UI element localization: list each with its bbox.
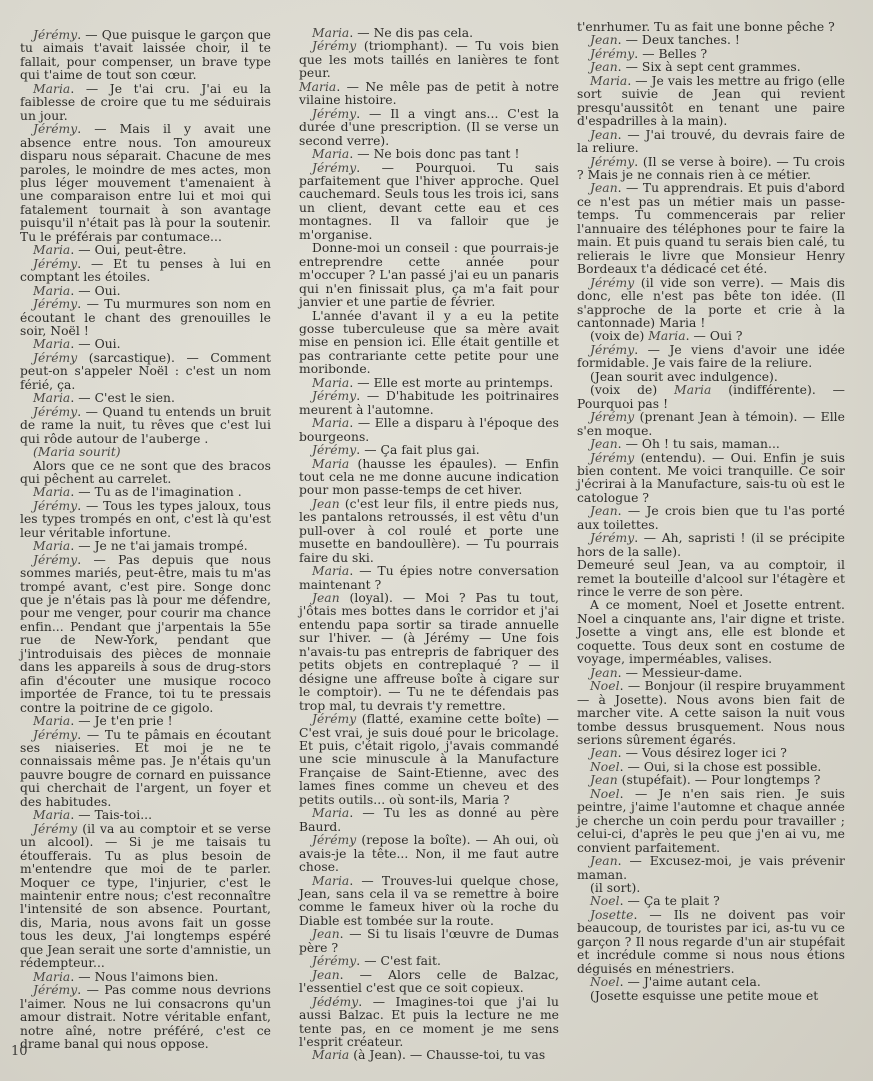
speaker-name: Maria [312,457,349,471]
text-column-1: Jérémy. — Que puisque le garçon que tu a… [20,29,271,1051]
dialogue-paragraph: Noel. — Ça te plait ? [577,895,845,908]
dialogue-paragraph: Jérémy. — Pas depuis que nous sommes mar… [20,554,271,715]
dialogue-paragraph: Jean. — Messieur-dame. [577,667,845,680]
dialogue-paragraph: Maria. — Ne dis pas cela. [299,27,559,40]
speaker-separator: . — [77,405,102,419]
dialogue-paragraph: Maria. — C'est le sien. [20,392,271,405]
speaker-separator: (il vide son verre). — [634,276,789,290]
speaker-separator: . — [349,376,373,390]
dialogue-text: Oui. [95,284,121,298]
dialogue-paragraph: Maria (hausse les épaules). — Enfin tout… [299,458,559,498]
dialogue-paragraph: Jean. — Je crois bien que tu l'as porté … [577,505,845,532]
dialogue-text: Ça te plait ? [644,894,720,908]
dialogue-text: Pourquoi pas ! [577,397,668,411]
dialogue-text: C'est le sien. [95,391,175,405]
speaker-separator: (à Jean). — [349,1048,426,1062]
speaker-separator: (stupéfait). — [618,773,711,787]
dialogue-paragraph: t'enrhumer. Tu as fait une bonne pêche ? [577,21,845,34]
speaker-separator: . — [70,714,94,728]
speaker-separator: . — [77,28,101,42]
dialogue-text: Oui, si la chose est possible. [644,760,822,774]
speaker-name: Maria [312,806,349,820]
speaker-name: Jérémy [33,499,77,513]
speaker-name: Jean [590,504,618,518]
dialogue-text: Elle est morte au printemps. [374,376,554,390]
speaker-name: Maria [590,74,627,88]
dialogue-paragraph: Demeuré seul Jean, va au comptoir, il re… [577,559,845,599]
speaker-separator: . — [356,107,390,121]
dialogue-text: Tu apprendrais. Et puis d'abord ce n'est… [577,181,845,276]
speaker-separator: . — [77,499,103,513]
dialogue-text: Oui. [95,337,121,351]
speaker-name: Maria [33,714,70,728]
dialogue-paragraph: Jérémy (prenant Jean à témoin). — Elle s… [577,411,845,438]
speaker-separator: . — [620,787,659,801]
dialogue-paragraph: (voix de) Maria. — Oui ? [577,330,845,343]
dialogue-paragraph: Jérémy. — Pourquoi. Tu sais parfaitement… [299,162,559,243]
dialogue-paragraph: Maria. — Elle est morte au printemps. [299,377,559,390]
speaker-name: Jérémy [33,822,77,836]
speaker-name: Maria [33,808,70,822]
dialogue-text: Belles ? [659,47,708,61]
dialogue-paragraph: Jean. — Alors celle de Balzac, l'essenti… [299,969,559,996]
dialogue-text: Je t'en prie ! [95,714,173,728]
dialogue-paragraph: Jérémy. — Ah, sapristi ! (il se précipit… [577,532,845,559]
dialogue-text: Six à sept cent grammes. [642,60,801,74]
speaker-name: Jérémy [312,833,356,847]
speaker-name: Jérémy [590,531,634,545]
dialogue-paragraph: Jean. — Vous désirez loger ici ? [577,747,845,760]
dialogue-paragraph: Jérémy. — Tu te pâmais en écoutant ses n… [20,729,271,810]
speaker-name: Jérémy [33,122,77,136]
dialogue-paragraph: (Josette esquisse une petite moue et [577,990,845,1003]
speaker-separator: . — [340,927,367,941]
speaker-name: Jérémy [33,728,77,742]
speaker-name: Maria [33,243,70,257]
dialogue-paragraph: Jean (stupéfait). — Pour longtemps ? [577,774,845,787]
speaker-separator: . — [634,531,661,545]
speaker-name: Maria [33,82,70,96]
speaker-name: Jean [590,666,618,680]
speaker-separator: . — [618,437,642,451]
dialogue-text: (Josette esquisse une petite moue et [590,989,818,1003]
magazine-page: Jérémy. — Que puisque le garçon que tu a… [0,0,873,1081]
speaker-separator: . — [70,485,94,499]
speaker-separator: . — [340,968,388,982]
speaker-name: Noel [590,975,620,989]
dialogue-text: Tais-toi... [95,808,153,822]
dialogue-paragraph: Jérémy. — Belles ? [577,48,845,61]
dialogue-paragraph: (Jean sourit avec indulgence). [577,371,845,384]
speaker-separator: . — [77,553,118,567]
dialogue-paragraph: Jérémy. — C'est fait. [299,955,559,968]
speaker-name: Jérémy [312,107,356,121]
page-number: 10 [11,1044,28,1059]
dialogue-paragraph: Jean. — Deux tanches. ! [577,34,845,47]
speaker-name: Noel [590,894,620,908]
speaker-separator: . — [618,504,647,518]
speaker-separator: . — [70,243,94,257]
dialogue-paragraph: Maria. — Elle a disparu à l'époque des b… [299,417,559,444]
dialogue-text: Tu as de l'imagination . [95,485,242,499]
dialogue-paragraph: Maria. — Tais-toi... [20,809,271,822]
dialogue-paragraph: Jérémy. — Je viens d'avoir une idée form… [577,344,845,371]
speaker-name: Maria [33,970,70,984]
dialogue-text: Ne dis pas cela. [374,26,474,40]
dialogue-text: Moi ? Pas tu tout, j'ôtais mes bottes da… [299,591,559,713]
speaker-name: Maria [312,874,349,888]
dialogue-text: Pas depuis que nous sommes mariés, peut-… [20,553,271,715]
dialogue-text: Donne-moi un conseil : que pourrais-je e… [299,241,559,309]
dialogue-paragraph: Maria. — Je t'ai cru. J'ai eu la faibles… [20,83,271,123]
text-column-3: t'enrhumer. Tu as fait une bonne pêche ?… [577,21,845,1003]
dialogue-paragraph: Jérémy. — Tous les types jaloux, tous le… [20,500,271,540]
dialogue-paragraph: Jean. — Oh ! tu sais, maman... [577,438,845,451]
speaker-separator: (loyal). — [340,591,425,605]
dialogue-paragraph: Jérémy (il vide son verre). — Mais dis d… [577,277,845,331]
dialogue-text: J'aime autant cela. [644,975,761,989]
dialogue-paragraph: Noel. — Oui, si la chose est possible. [577,761,845,774]
speaker-name: Noel [590,679,620,693]
speaker-separator: . — [70,391,94,405]
dialogue-paragraph: (voix de) Maria (indifférente). — Pourqu… [577,384,845,411]
speaker-separator: . — [77,297,104,311]
dialogue-paragraph: Maria. — Nous l'aimons bien. [20,971,271,984]
speaker-prefix: (voix de) [590,383,674,397]
speaker-name: Jérémy [33,28,77,42]
speaker-separator: . — [356,443,380,457]
dialogue-text: Pour longtemps ? [711,773,820,787]
speaker-separator: . — [620,760,644,774]
speaker-separator: . — [627,74,651,88]
speaker-name: Jean [590,33,618,47]
speaker-name: Jean [312,927,340,941]
dialogue-paragraph: Jérémy (triomphant). — Tu vois bien que … [299,40,559,80]
dialogue-paragraph: Maria. — Oui. [20,338,271,351]
speaker-separator: . — [356,389,386,403]
speaker-name: Jérémy [312,161,356,175]
speaker-name: Maria [648,329,685,343]
dialogue-text: C'est vrai, je suis doué pour le bricola… [299,726,559,807]
speaker-name: Jérémy [33,405,77,419]
dialogue-text: Deux tanches. ! [642,33,740,47]
speaker-name: Jérémy [590,451,634,465]
dialogue-paragraph: Jérémy. — Quand tu entends un bruit de r… [20,406,271,446]
speaker-name: Jérémy [33,983,77,997]
dialogue-paragraph: Maria (à Jean). — Chausse-toi, tu vas [299,1049,559,1062]
dialogue-text: Oh ! tu sais, maman... [642,437,780,451]
speaker-name: Maria [312,26,349,40]
speaker-separator: . — [77,728,105,742]
dialogue-paragraph: Maria. — Je t'en prie ! [20,715,271,728]
dialogue-paragraph: Jean. — Si tu lisais l'œuvre de Dumas pè… [299,928,559,955]
speaker-name: Noel [590,787,620,801]
speaker-name: Jean [590,746,618,760]
dialogue-paragraph: A ce moment, Noel et Josette entrent. No… [577,599,845,666]
speaker-separator: . — [618,854,650,868]
dialogue-paragraph: Jérémy. — Pas comme nous devrions l'aime… [20,984,271,1051]
dialogue-paragraph: Jérémy. — Tu murmures son nom en écoutan… [20,298,271,338]
text-column-2: Maria. — Ne dis pas cela.Jérémy (triomph… [299,27,559,1063]
dialogue-paragraph: Maria. — Trouves-lui quelque chose, Jean… [299,875,559,929]
stage-direction: (Maria sourit) [33,445,121,459]
dialogue-paragraph: Jérémy. — Et tu penses à lui en comptant… [20,258,271,285]
speaker-separator: . — [349,874,382,888]
speaker-name: Jérémy [590,47,634,61]
speaker-name: Jean [590,437,618,451]
dialogue-paragraph: (il sort). [577,882,845,895]
speaker-separator: . — [634,343,669,357]
dialogue-text: L'année d'avant il y a eu la petite goss… [299,309,559,377]
dialogue-paragraph: Jérémy. — Il a vingt ans... C'est la dur… [299,108,559,148]
speaker-separator: . — [618,128,646,142]
speaker-separator: . — [633,908,673,922]
dialogue-paragraph: Maria. — Je vais les mettre au frigo (el… [577,75,845,129]
speaker-name: Jérémy [590,343,634,357]
speaker-name: Maria [33,485,70,499]
speaker-separator: . — [618,746,642,760]
speaker-name: Jean [590,181,618,195]
dialogue-paragraph: Jérémy. — Mais il y avait une absence en… [20,123,271,244]
dialogue-text: (Jean sourit avec indulgence). [590,370,778,384]
dialogue-paragraph: L'année d'avant il y a eu la petite goss… [299,310,559,377]
speaker-separator: . — [620,894,644,908]
dialogue-paragraph: Maria. — Ne mêle pas de petit à notre vi… [299,81,559,108]
speaker-separator: . — [618,33,642,47]
speaker-separator: . — [349,806,383,820]
dialogue-paragraph: Jérémy (repose la boîte). — Ah oui, où a… [299,834,559,874]
speaker-name: Jérémy [312,712,356,726]
speaker-separator: . — [620,679,645,693]
speaker-separator: . — [358,995,395,1009]
speaker-separator: . — [618,666,642,680]
dialogue-paragraph: Jérémy. (Il se verse à boire). — Tu croi… [577,156,845,183]
dialogue-text: C'est fait. [381,954,441,968]
speaker-name: Maria [33,337,70,351]
speaker-name: Jérémy [312,954,356,968]
speaker-name: Jean [312,497,340,511]
speaker-name: Maria [312,376,349,390]
speaker-name: Jérémy [590,410,634,424]
speaker-name: Maria [33,284,70,298]
speaker-name: Maria [33,391,70,405]
speaker-name: Jérémy [33,257,77,271]
dialogue-paragraph: Jérémy (il va au comptoir et se verse un… [20,823,271,971]
speaker-name: Jérémy [590,276,634,290]
speaker-name: Jean [590,773,618,787]
speaker-separator: . — [70,808,94,822]
speaker-name: Maria [312,564,349,578]
speaker-separator: . — [77,122,119,136]
speaker-name: Jean [312,591,340,605]
speaker-name: Jérémy [33,553,77,567]
speaker-name: Jérémy [312,389,356,403]
speaker-name: Maria [299,80,336,94]
speaker-separator: . — [356,954,380,968]
speaker-name: Jérémy [590,155,634,169]
speaker-separator: . — [77,983,104,997]
speaker-name: Jérémy [33,351,77,365]
dialogue-text: Vous désirez loger ici ? [642,746,787,760]
speaker-name: Jean [590,128,618,142]
dialogue-paragraph: Jean. — Excusez-moi, je vais prévenir ma… [577,855,845,882]
dialogue-paragraph: Maria. — Tu les as donné au père Baurd. [299,807,559,834]
speaker-name: Maria [312,416,349,430]
speaker-name: Jérémy [33,297,77,311]
speaker-name: Jean [312,968,340,982]
speaker-separator: . — [686,329,710,343]
speaker-separator: (entendu). — [634,451,730,465]
speaker-separator: . — [77,257,113,271]
dialogue-paragraph: Jean. — J'ai trouvé, du devrais faire de… [577,129,845,156]
speaker-name: Josette [590,908,633,922]
speaker-separator: . — [634,47,658,61]
speaker-name: Jérémy [312,39,356,53]
dialogue-paragraph: Alors que ce ne sont que des bracos qui … [20,460,271,487]
speaker-separator: (sarcastique). — [77,351,210,365]
speaker-name: Jérémy [312,443,356,457]
dialogue-paragraph: Jean. — Six à sept cent grammes. [577,61,845,74]
dialogue-text: Messieur-dame. [642,666,742,680]
dialogue-paragraph: Jérémy (entendu). — Oui. Enfin je suis b… [577,452,845,506]
speaker-name: Jean [590,60,618,74]
speaker-name: Noel [590,760,620,774]
speaker-separator: (triomphant). — [356,39,475,53]
speaker-name: Maria [312,147,349,161]
dialogue-text: Ne bois donc pas tant ! [374,147,520,161]
speaker-separator: . — [349,416,374,430]
speaker-separator: (prenant Jean à témoin). — [634,410,820,424]
speaker-separator: . — [70,337,94,351]
dialogue-paragraph: Jean (c'est leur fils, il entre pieds nu… [299,498,559,565]
speaker-separator: . — [336,80,365,94]
dialogue-paragraph: Jédémy. — Imagines-toi que j'ai lu aussi… [299,996,559,1050]
dialogue-paragraph: Noel. — Bonjour (il respire bruyamment —… [577,680,845,747]
speaker-prefix: (voix de) [590,329,648,343]
dialogue-paragraph: Maria. — Tu épies notre conversation mai… [299,565,559,592]
speaker-separator: (hausse les épaules). — [349,457,525,471]
dialogue-paragraph: Jérémy. — D'habitude les poitrinaires me… [299,390,559,417]
dialogue-text: Alors que ce ne sont que des bracos qui … [20,459,271,486]
speaker-separator: . (Il se verse à boire). — [634,155,793,169]
speaker-separator: . — [70,970,94,984]
dialogue-text: Chausse-toi, tu vas [426,1048,545,1062]
speaker-separator: . — [349,564,377,578]
speaker-name: Jédémy [312,995,358,1009]
dialogue-text: A ce moment, Noel et Josette entrent. No… [577,598,845,666]
speaker-separator: (flatté, examine cette boîte) — [356,712,559,726]
dialogue-paragraph: Maria. — Oui. [20,285,271,298]
speaker-separator: . — [349,26,373,40]
dialogue-paragraph: Maria. — Tu as de l'imagination . [20,486,271,499]
dialogue-text: Ça fait plus gai. [381,443,480,457]
dialogue-text: Je ne t'ai jamais trompé. [95,539,248,553]
speaker-separator: . — [70,539,94,553]
speaker-name: Jean [590,854,618,868]
speaker-separator: . — [356,161,415,175]
dialogue-paragraph: Maria. — Ne bois donc pas tant ! [299,148,559,161]
speaker-name: Maria [312,1048,349,1062]
dialogue-paragraph: Jérémy (sarcastique). — Comment peut-on … [20,352,271,392]
dialogue-paragraph: Jérémy. — Que puisque le garçon que tu a… [20,29,271,83]
speaker-separator: . — [618,181,643,195]
speaker-separator: (indifférente). — [711,383,845,397]
speaker-name: Maria [674,383,711,397]
dialogue-text: Nous l'aimons bien. [95,970,219,984]
speaker-separator: . — [349,147,373,161]
dialogue-text: Si je me taisais tu étoufferais. Tu as p… [20,835,271,970]
dialogue-text: (il sort). [590,881,640,895]
speaker-separator: (repose la boîte). — [356,833,493,847]
speaker-separator: . — [618,60,642,74]
dialogue-paragraph: Josette. — Ils ne doivent pas voir beauc… [577,909,845,976]
dialogue-text: Oui ? [710,329,743,343]
speaker-separator: . — [620,975,644,989]
speaker-name: Maria [33,539,70,553]
dialogue-text: Mais il y avait une absence entre nous. … [20,122,271,244]
speaker-separator: . — [70,82,109,96]
dialogue-text: Demeuré seul Jean, va au comptoir, il re… [577,558,845,599]
dialogue-paragraph: Noel. — J'aime autant cela. [577,976,845,989]
dialogue-paragraph: Jérémy (flatté, examine cette boîte) — C… [299,713,559,807]
dialogue-paragraph: Maria. — Je ne t'ai jamais trompé. [20,540,271,553]
dialogue-text: Oui, peut-être. [95,243,187,257]
dialogue-text: t'enrhumer. Tu as fait une bonne pêche ? [577,20,835,34]
dialogue-paragraph: (Maria sourit) [20,446,271,459]
dialogue-paragraph: Jean (loyal). — Moi ? Pas tu tout, j'ôta… [299,592,559,713]
dialogue-paragraph: Donne-moi un conseil : que pourrais-je e… [299,242,559,309]
dialogue-paragraph: Noel. — Je n'en sais rien. Je suis peint… [577,788,845,855]
dialogue-paragraph: Jean. — Tu apprendrais. Et puis d'abord … [577,182,845,276]
speaker-separator: . — [70,284,94,298]
dialogue-paragraph: Jérémy. — Ça fait plus gai. [299,444,559,457]
dialogue-paragraph: Maria. — Oui, peut-être. [20,244,271,257]
